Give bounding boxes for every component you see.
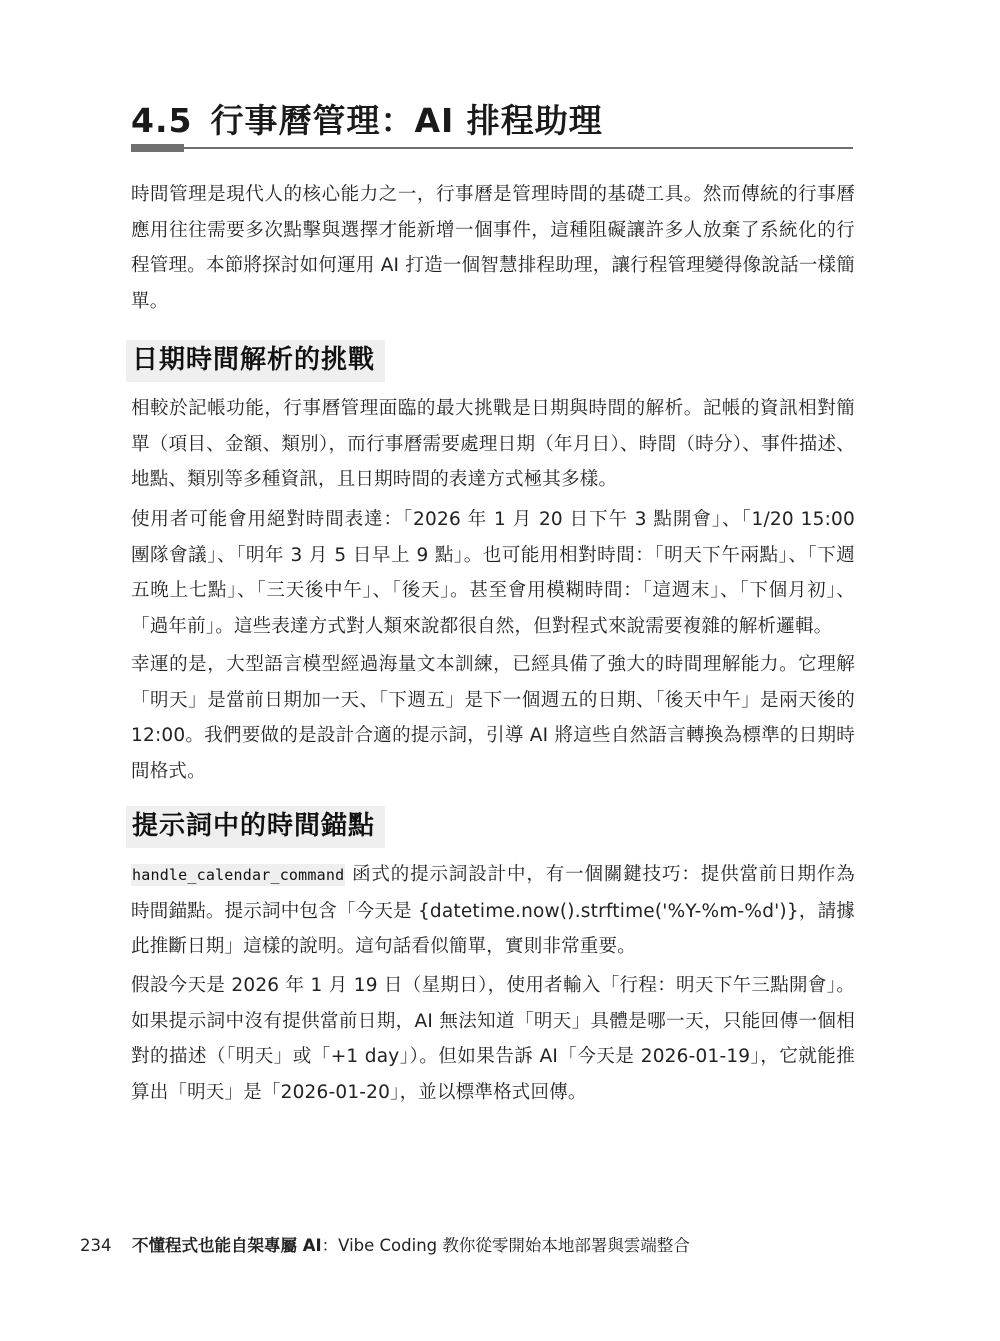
book-title-subtitle: ：Vibe Coding 教你從零開始本地部署與雲端整合 [322,1236,690,1255]
page-footer: 234不懂程式也能自架專屬 AI：Vibe Coding 教你從零開始本地部署與… [80,1234,690,1258]
section-heading-date-parsing: 日期時間解析的挑戰 [126,340,385,382]
paragraph-date-parsing-1: 相較於記帳功能，行事曆管理面臨的最大挑戰是日期與時間的解析。記帳的資訊相對簡單（… [131,391,855,498]
title-underline-accent [131,144,184,152]
intro-paragraph: 時間管理是現代人的核心能力之一，行事曆是管理時間的基礎工具。然而傳統的行事曆應用… [131,177,855,319]
paragraph-date-parsing-2: 使用者可能會用絕對時間表達：「2026 年 1 月 20 日下午 3 點開會」、… [131,502,855,644]
section-heading-time-anchor: 提示詞中的時間錨點 [126,806,385,848]
chapter-title-text: 行事曆管理：AI 排程助理 [210,101,602,140]
page-number: 234 [80,1234,132,1258]
title-underline [131,147,853,149]
code-function-name: handle_calendar_command [131,864,345,886]
paragraph-date-parsing-3: 幸運的是，大型語言模型經過海量文本訓練，已經具備了強大的時間理解能力。它理解「明… [131,647,855,789]
chapter-number: 4.5 [131,101,192,140]
book-title-main: 不懂程式也能自架專屬 AI [132,1236,322,1255]
chapter-title: 4.5行事曆管理：AI 排程助理 [131,96,603,146]
paragraph-time-anchor-2: 假設今天是 2026 年 1 月 19 日（星期日），使用者輸入「行程：明天下午… [131,968,855,1110]
paragraph-time-anchor-1: handle_calendar_command 函式的提示詞設計中，有一個關鍵技… [131,857,855,965]
